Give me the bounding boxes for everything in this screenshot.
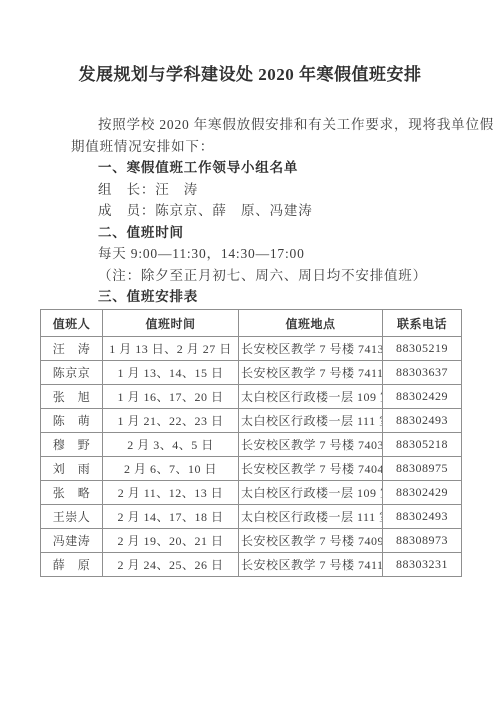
phone-cell: 88302493 [383,505,462,529]
duty-location-cell: 太白校区行政楼一层 109 室 [239,385,383,409]
phone-cell: 88308975 [383,457,462,481]
duty-location-cell: 太白校区行政楼一层 111 室 [239,505,383,529]
phone-cell: 88305219 [383,337,462,361]
duty-note-line: （注：除夕至正月初七、周六、周日均不安排值班） [71,265,464,287]
duty-person-cell: 张 略 [41,481,103,505]
duty-person-cell: 薛 原 [41,553,103,577]
duty-time-cell: 2 月 6、7、10 日 [103,457,239,481]
header-duty-time: 值班时间 [103,310,239,337]
duty-location-cell: 长安校区教学 7 号楼 7409 室 [239,529,383,553]
document-body: 按照学校 2020 年寒假放假安排和有关工作要求，现将我单位假 期值班情况安排如… [71,114,464,308]
duty-time-cell: 2 月 3、4、5 日 [103,433,239,457]
intro-line-2: 期值班情况安排如下： [71,136,464,158]
phone-cell: 88308973 [383,529,462,553]
duty-location-cell: 长安校区教学 7 号楼 7411 室 [239,361,383,385]
duty-time-cell: 2 月 24、25、26 日 [103,553,239,577]
document-title: 发展规划与学科建设处 2020 年寒假值班安排 [0,0,500,85]
duty-location-cell: 长安校区教学 7 号楼 7413 室 [239,337,383,361]
members-line: 成 员：陈京京、薛 原、冯建涛 [71,200,464,222]
duty-person-cell: 张 旭 [41,385,103,409]
table-row: 王崇人 2 月 14、17、18 日 太白校区行政楼一层 111 室 88302… [41,505,462,529]
duty-person-cell: 陈 萌 [41,409,103,433]
duty-time-cell: 1 月 13、14、15 日 [103,361,239,385]
header-duty-location: 值班地点 [239,310,383,337]
duty-time-cell: 2 月 19、20、21 日 [103,529,239,553]
table-row: 穆 野 2 月 3、4、5 日 长安校区教学 7 号楼 7403 室 88305… [41,433,462,457]
duty-time-cell: 2 月 11、12、13 日 [103,481,239,505]
duty-person-cell: 王崇人 [41,505,103,529]
table-row: 陈 萌 1 月 21、22、23 日 太白校区行政楼一层 111 室 88302… [41,409,462,433]
table-row: 陈京京 1 月 13、14、15 日 长安校区教学 7 号楼 7411 室 88… [41,361,462,385]
table-row: 张 略 2 月 11、12、13 日 太白校区行政楼一层 109 室 88302… [41,481,462,505]
duty-location-cell: 长安校区教学 7 号楼 7403 室 [239,433,383,457]
duty-person-cell: 冯建涛 [41,529,103,553]
header-phone: 联系电话 [383,310,462,337]
table-row: 刘 雨 2 月 6、7、10 日 长安校区教学 7 号楼 7404 室 8830… [41,457,462,481]
phone-cell: 88303231 [383,553,462,577]
phone-cell: 88305218 [383,433,462,457]
intro-line-1: 按照学校 2020 年寒假放假安排和有关工作要求，现将我单位假 [71,114,464,136]
duty-location-cell: 长安校区教学 7 号楼 7411 室 [239,553,383,577]
duty-time-cell: 1 月 16、17、20 日 [103,385,239,409]
duty-person-cell: 穆 野 [41,433,103,457]
duty-time-cell: 1 月 13 日、2 月 27 日 [103,337,239,361]
phone-cell: 88302429 [383,481,462,505]
duty-schedule-table: 值班人 值班时间 值班地点 联系电话 汪 涛 1 月 13 日、2 月 27 日… [40,309,462,577]
phone-cell: 88303637 [383,361,462,385]
table-row: 张 旭 1 月 16、17、20 日 太白校区行政楼一层 109 室 88302… [41,385,462,409]
duty-time-cell: 1 月 21、22、23 日 [103,409,239,433]
section-2-heading: 二、值班时间 [71,222,464,244]
duty-location-cell: 长安校区教学 7 号楼 7404 室 [239,457,383,481]
table-row: 汪 涛 1 月 13 日、2 月 27 日 长安校区教学 7 号楼 7413 室… [41,337,462,361]
phone-cell: 88302493 [383,409,462,433]
duty-person-cell: 陈京京 [41,361,103,385]
duty-location-cell: 太白校区行政楼一层 109 室 [239,481,383,505]
leader-line: 组 长：汪 涛 [71,179,464,201]
table-header-row: 值班人 值班时间 值班地点 联系电话 [41,310,462,337]
duty-location-cell: 太白校区行政楼一层 111 室 [239,409,383,433]
phone-cell: 88302429 [383,385,462,409]
duty-time-line: 每天 9:00—11:30，14:30—17:00 [71,243,464,265]
table-row: 冯建涛 2 月 19、20、21 日 长安校区教学 7 号楼 7409 室 88… [41,529,462,553]
duty-person-cell: 汪 涛 [41,337,103,361]
duty-time-cell: 2 月 14、17、18 日 [103,505,239,529]
document-page: 发展规划与学科建设处 2020 年寒假值班安排 按照学校 2020 年寒假放假安… [0,0,500,707]
header-duty-person: 值班人 [41,310,103,337]
duty-person-cell: 刘 雨 [41,457,103,481]
table-row: 薛 原 2 月 24、25、26 日 长安校区教学 7 号楼 7411 室 88… [41,553,462,577]
section-1-heading: 一、寒假值班工作领导小组名单 [71,157,464,179]
section-3-heading: 三、值班安排表 [71,286,464,308]
